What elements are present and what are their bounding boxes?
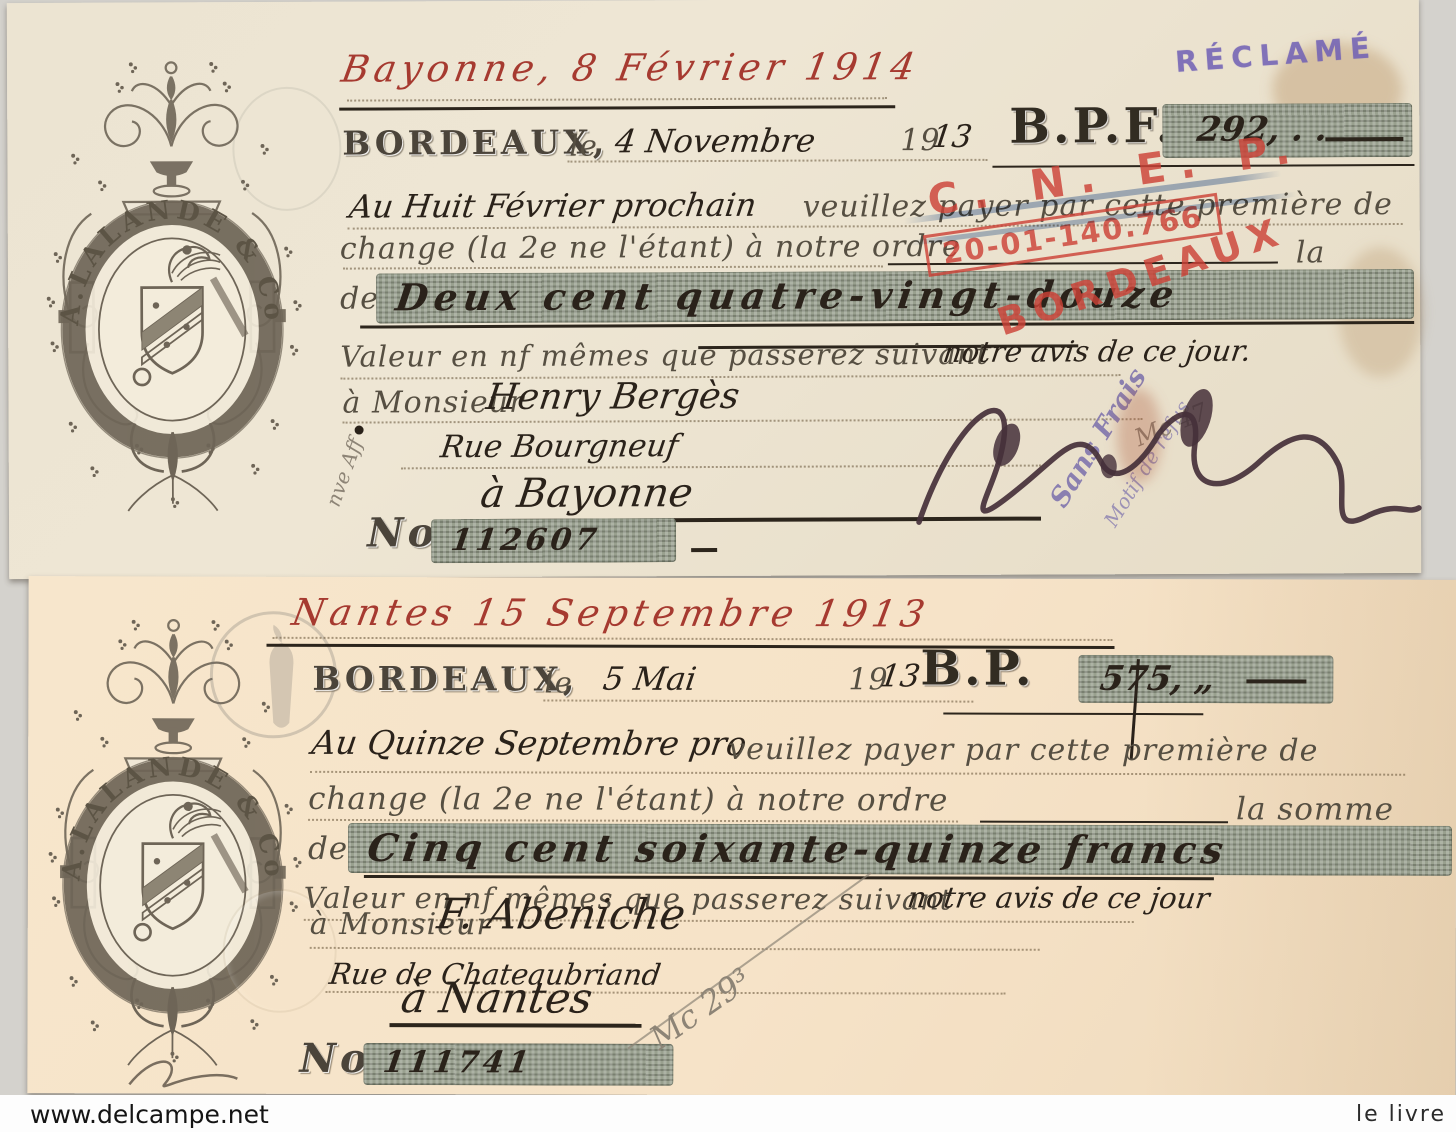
handwritten-amount-figures: 575, „ — [1098, 659, 1218, 699]
handwritten-term: Au Huit Février prochain — [347, 186, 759, 226]
handwritten-amount-words: Cinq cent soixante-quinze francs — [365, 825, 1231, 872]
pen-paraph — [123, 1054, 243, 1094]
handwritten-date: 5 Mai — [601, 660, 699, 698]
handwritten-year: 13 — [930, 119, 974, 155]
handwritten-bill-number: 112607 — [449, 522, 603, 558]
printed-valeur-clause: Valeur en nf mêmes que passerez suivant — [340, 337, 989, 374]
watermark-label: le livre — [1356, 1102, 1446, 1127]
printed-la-somme: la somme — [1236, 791, 1394, 827]
handwritten-street: Rue Bourgneuf — [438, 428, 680, 465]
underline — [390, 1023, 642, 1027]
pen-dash — [691, 548, 717, 552]
watermark-url: www.delcampe.net — [30, 1100, 269, 1129]
writing-line — [347, 97, 887, 101]
underline — [339, 105, 895, 110]
printed-no-label: No — [299, 1035, 370, 1082]
amount-dash — [1246, 679, 1306, 683]
printed-change-clause: change (la 2e ne l'étant) à notre ordre — [340, 229, 961, 267]
printed-de: de — [308, 831, 348, 867]
handwritten-bill-number: 111741 — [381, 1045, 535, 1080]
handwritten-city: à Bayonne — [478, 470, 696, 517]
scan-footer-strip: www.delcampe.net le livre — [0, 1095, 1456, 1132]
printed-change-clause: change (la 2e ne l'étant) à notre ordre — [308, 781, 948, 819]
printed-no-label: No — [367, 509, 438, 556]
printed-de: de — [340, 281, 379, 316]
bill-of-exchange-1913: Nantes 15 Septembre 1913 BORDEAUX, le 5 … — [27, 576, 1456, 1097]
bill-of-exchange-1914: Bayonne, 8 Février 1914 BORDEAUX, le 4 N… — [7, 0, 1421, 579]
handwritten-year: 13 — [878, 658, 923, 694]
printed-bpf: B.P. — [920, 640, 1034, 696]
handwritten-date: 4 Novembre — [613, 122, 818, 161]
handwritten-dateline: Bayonne, 8 Février 1914 — [338, 45, 923, 91]
handwritten-payee-name: F. Abeniche — [434, 889, 688, 939]
printed-payer-clause: veuillez payer par cette première de — [728, 732, 1318, 769]
handwritten-dateline: Nantes 15 Septembre 1913 — [289, 591, 933, 636]
signature-flourish — [898, 365, 1429, 567]
handwritten-payee-name: Henry Bergès — [484, 376, 742, 418]
handwritten-valeur-end: notre avis de ce jour. — [941, 334, 1253, 369]
watermark-circle — [232, 87, 342, 211]
printed-le: le — [544, 665, 573, 699]
handwritten-valeur-end: notre avis de ce jour — [905, 880, 1212, 915]
writing-line — [567, 159, 987, 163]
printed-le: le — [569, 129, 598, 163]
handwritten-term: Au Quinze Septembre pro — [309, 723, 749, 763]
printed-city: BORDEAUX, — [312, 659, 578, 699]
handwritten-city: à Nantes — [398, 973, 596, 1022]
amount-dash — [1325, 137, 1403, 141]
ink-blot — [355, 426, 364, 435]
pencil-margin-note: nve Aff — [321, 435, 368, 510]
